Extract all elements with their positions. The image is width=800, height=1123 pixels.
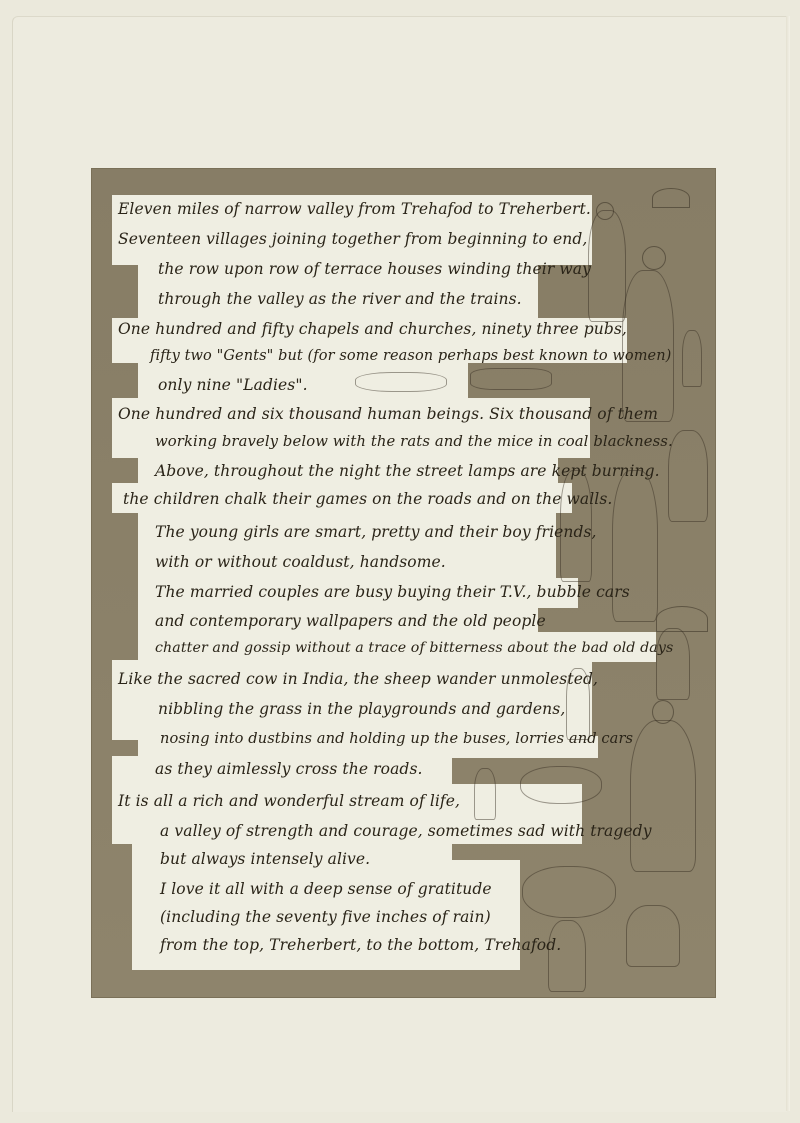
poem-line: fifty two "Gents" but (for some reason p… [150, 348, 671, 364]
poem-line: One hundred and fifty chapels and church… [118, 320, 627, 338]
poem-line: but always intensely alive. [160, 850, 370, 868]
poem-line: I love it all with a deep sense of grati… [160, 880, 492, 898]
poem-line: as they aimlessly cross the roads. [155, 760, 423, 778]
poem-line: (including the seventy five inches of ra… [160, 908, 491, 926]
poem-line: the row upon row of terrace houses windi… [158, 260, 591, 278]
poem-line: through the valley as the river and the … [158, 290, 522, 308]
poem-line: It is all a rich and wonderful stream of… [118, 792, 460, 810]
poem-line: chatter and gossip without a trace of bi… [155, 640, 673, 656]
poem-line: Eleven miles of narrow valley from Treha… [118, 200, 591, 218]
poem-line: with or without coaldust, handsome. [155, 553, 446, 571]
poem-line: One hundred and six thousand human being… [118, 405, 658, 423]
poem-line: working bravely below with the rats and … [155, 433, 673, 450]
poem-line: The married couples are busy buying thei… [155, 583, 630, 601]
poem-line: the children chalk their games on the ro… [123, 490, 612, 508]
poem-line: The young girls are smart, pretty and th… [155, 523, 597, 541]
poem-line: nosing into dustbins and holding up the … [160, 730, 633, 747]
poem-line: nibbling the grass in the playgrounds an… [158, 700, 565, 718]
poem-line: and contemporary wallpapers and the old … [155, 612, 546, 630]
handwritten-poem: Eleven miles of narrow valley from Treha… [0, 0, 800, 1123]
poem-line: Seventeen villages joining together from… [118, 230, 587, 248]
poem-line: only nine "Ladies". [158, 376, 308, 394]
poem-line: Like the sacred cow in India, the sheep … [118, 670, 598, 688]
poem-line: Above, throughout the night the street l… [155, 462, 660, 480]
poem-line: a valley of strength and courage, someti… [160, 822, 652, 840]
poem-line: from the top, Treherbert, to the bottom,… [160, 936, 561, 954]
